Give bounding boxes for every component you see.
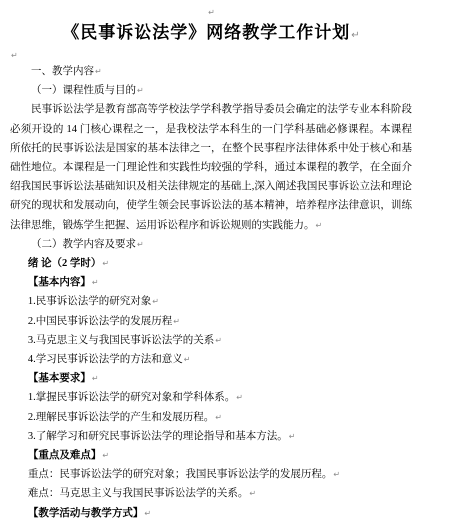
paragraph-mark-icon: ↵	[137, 240, 144, 249]
list-item: 2.中国民事诉讼法学的发展历程↵	[10, 312, 412, 331]
empty-paragraph: ↵	[10, 46, 412, 62]
subsection-heading: （二）教学内容及要求↵	[10, 235, 412, 254]
heading-text: （二）教学内容及要求	[31, 239, 136, 250]
empty-paragraph: ↵	[10, 2, 412, 20]
paragraph-mark-icon: ↵	[144, 509, 151, 518]
paragraph-mark-icon: ↵	[173, 317, 180, 326]
paragraph-mark-icon: ↵	[215, 336, 222, 345]
paragraph-mark-icon: ↵	[236, 393, 243, 402]
paragraph-mark-icon: ↵	[208, 8, 215, 17]
heading-text: 绪 论（2 学时）	[28, 258, 102, 269]
paragraph-mark-icon: ↵	[95, 67, 102, 76]
section-heading: 一、教学内容↵	[10, 62, 412, 81]
list-item: 1.民事诉讼法学的研究对象↵	[10, 292, 412, 311]
paragraph-mark-icon: ↵	[102, 259, 109, 268]
heading-text: 一、教学内容	[31, 66, 94, 77]
label-text: 【重点及难点】	[28, 450, 102, 461]
list-item-text: 4.学习民事诉讼法学的方法和意义	[28, 354, 183, 365]
body-text: 民事诉讼法学是教育部高等学校法学学科教学指导委员会确定的法学专业本科阶段必须开设…	[10, 104, 412, 230]
document-title-text: 《民事诉讼法学》网络教学工作计划	[62, 23, 350, 42]
list-item-text: 1.掌握民事诉讼法学的研究对象和学科体系。	[28, 392, 235, 403]
label-text: 【基本内容】	[28, 277, 91, 288]
list-item-text: 1.民事诉讼法学的研究对象	[28, 296, 151, 307]
heading-text: （一）课程性质与目的	[31, 85, 136, 96]
document-title: 《民事诉讼法学》网络教学工作计划↵	[10, 20, 412, 46]
subsection-heading: （一）课程性质与目的↵	[10, 81, 412, 100]
paragraph-mark-icon: ↵	[137, 86, 144, 95]
section-label: 【教学活动与教学方式】↵	[10, 504, 412, 518]
list-item-text: 2.理解民事诉讼法学的产生和发展历程。	[28, 412, 214, 423]
paragraph-mark-icon: ↵	[215, 413, 222, 422]
paragraph-mark-icon: ↵	[152, 297, 159, 306]
list-item: 3.了解学习和研究民事诉讼法学的理论指导和基本方法。↵	[10, 427, 412, 446]
paragraph-mark-icon: ↵	[11, 51, 18, 60]
paragraph-mark-icon: ↵	[316, 221, 323, 230]
section-label: 【基本要求】↵	[10, 369, 412, 388]
list-item-text: 2.中国民事诉讼法学的发展历程	[28, 316, 172, 327]
list-item: 1.掌握民事诉讼法学的研究对象和学科体系。↵	[10, 388, 412, 407]
paragraph-mark-icon: ↵	[351, 30, 359, 41]
key-point-text: 重点：民事诉讼法学的研究对象；我国民事诉讼法学的发展历程。	[28, 469, 333, 480]
difficult-point-text: 难点：马克思主义与我国民事诉讼法学的关系。	[28, 488, 249, 499]
list-item-text: 3.马克思主义与我国民事诉讼法学的关系	[28, 335, 214, 346]
paragraph-mark-icon: ↵	[333, 470, 340, 479]
paragraph-mark-icon: ↵	[92, 278, 99, 287]
paragraph-mark-icon: ↵	[102, 451, 109, 460]
document-page: ↵ 《民事诉讼法学》网络教学工作计划↵ ↵ 一、教学内容↵ （一）课程性质与目的…	[0, 0, 461, 518]
paragraph-mark-icon: ↵	[92, 374, 99, 383]
chapter-heading: 绪 论（2 学时）↵	[10, 254, 412, 273]
list-item-text: 3.了解学习和研究民事诉讼法学的理论指导和基本方法。	[28, 431, 288, 442]
list-item: 2.理解民事诉讼法学的产生和发展历程。↵	[10, 408, 412, 427]
list-item: 3.马克思主义与我国民事诉讼法学的关系↵	[10, 331, 412, 350]
paragraph-mark-icon: ↵	[184, 355, 191, 364]
label-text: 【教学活动与教学方式】	[28, 508, 144, 518]
body-paragraph: 民事诉讼法学是教育部高等学校法学学科教学指导委员会确定的法学专业本科阶段必须开设…	[10, 100, 412, 234]
section-label: 【基本内容】↵	[10, 273, 412, 292]
list-item: 4.学习民事诉讼法学的方法和意义↵	[10, 350, 412, 369]
label-text: 【基本要求】	[28, 373, 91, 384]
difficult-point-line: 难点：马克思主义与我国民事诉讼法学的关系。↵	[10, 484, 412, 503]
section-label: 【重点及难点】↵	[10, 446, 412, 465]
key-point-line: 重点：民事诉讼法学的研究对象；我国民事诉讼法学的发展历程。↵	[10, 465, 412, 484]
paragraph-mark-icon: ↵	[289, 432, 296, 441]
paragraph-mark-icon: ↵	[249, 489, 256, 498]
